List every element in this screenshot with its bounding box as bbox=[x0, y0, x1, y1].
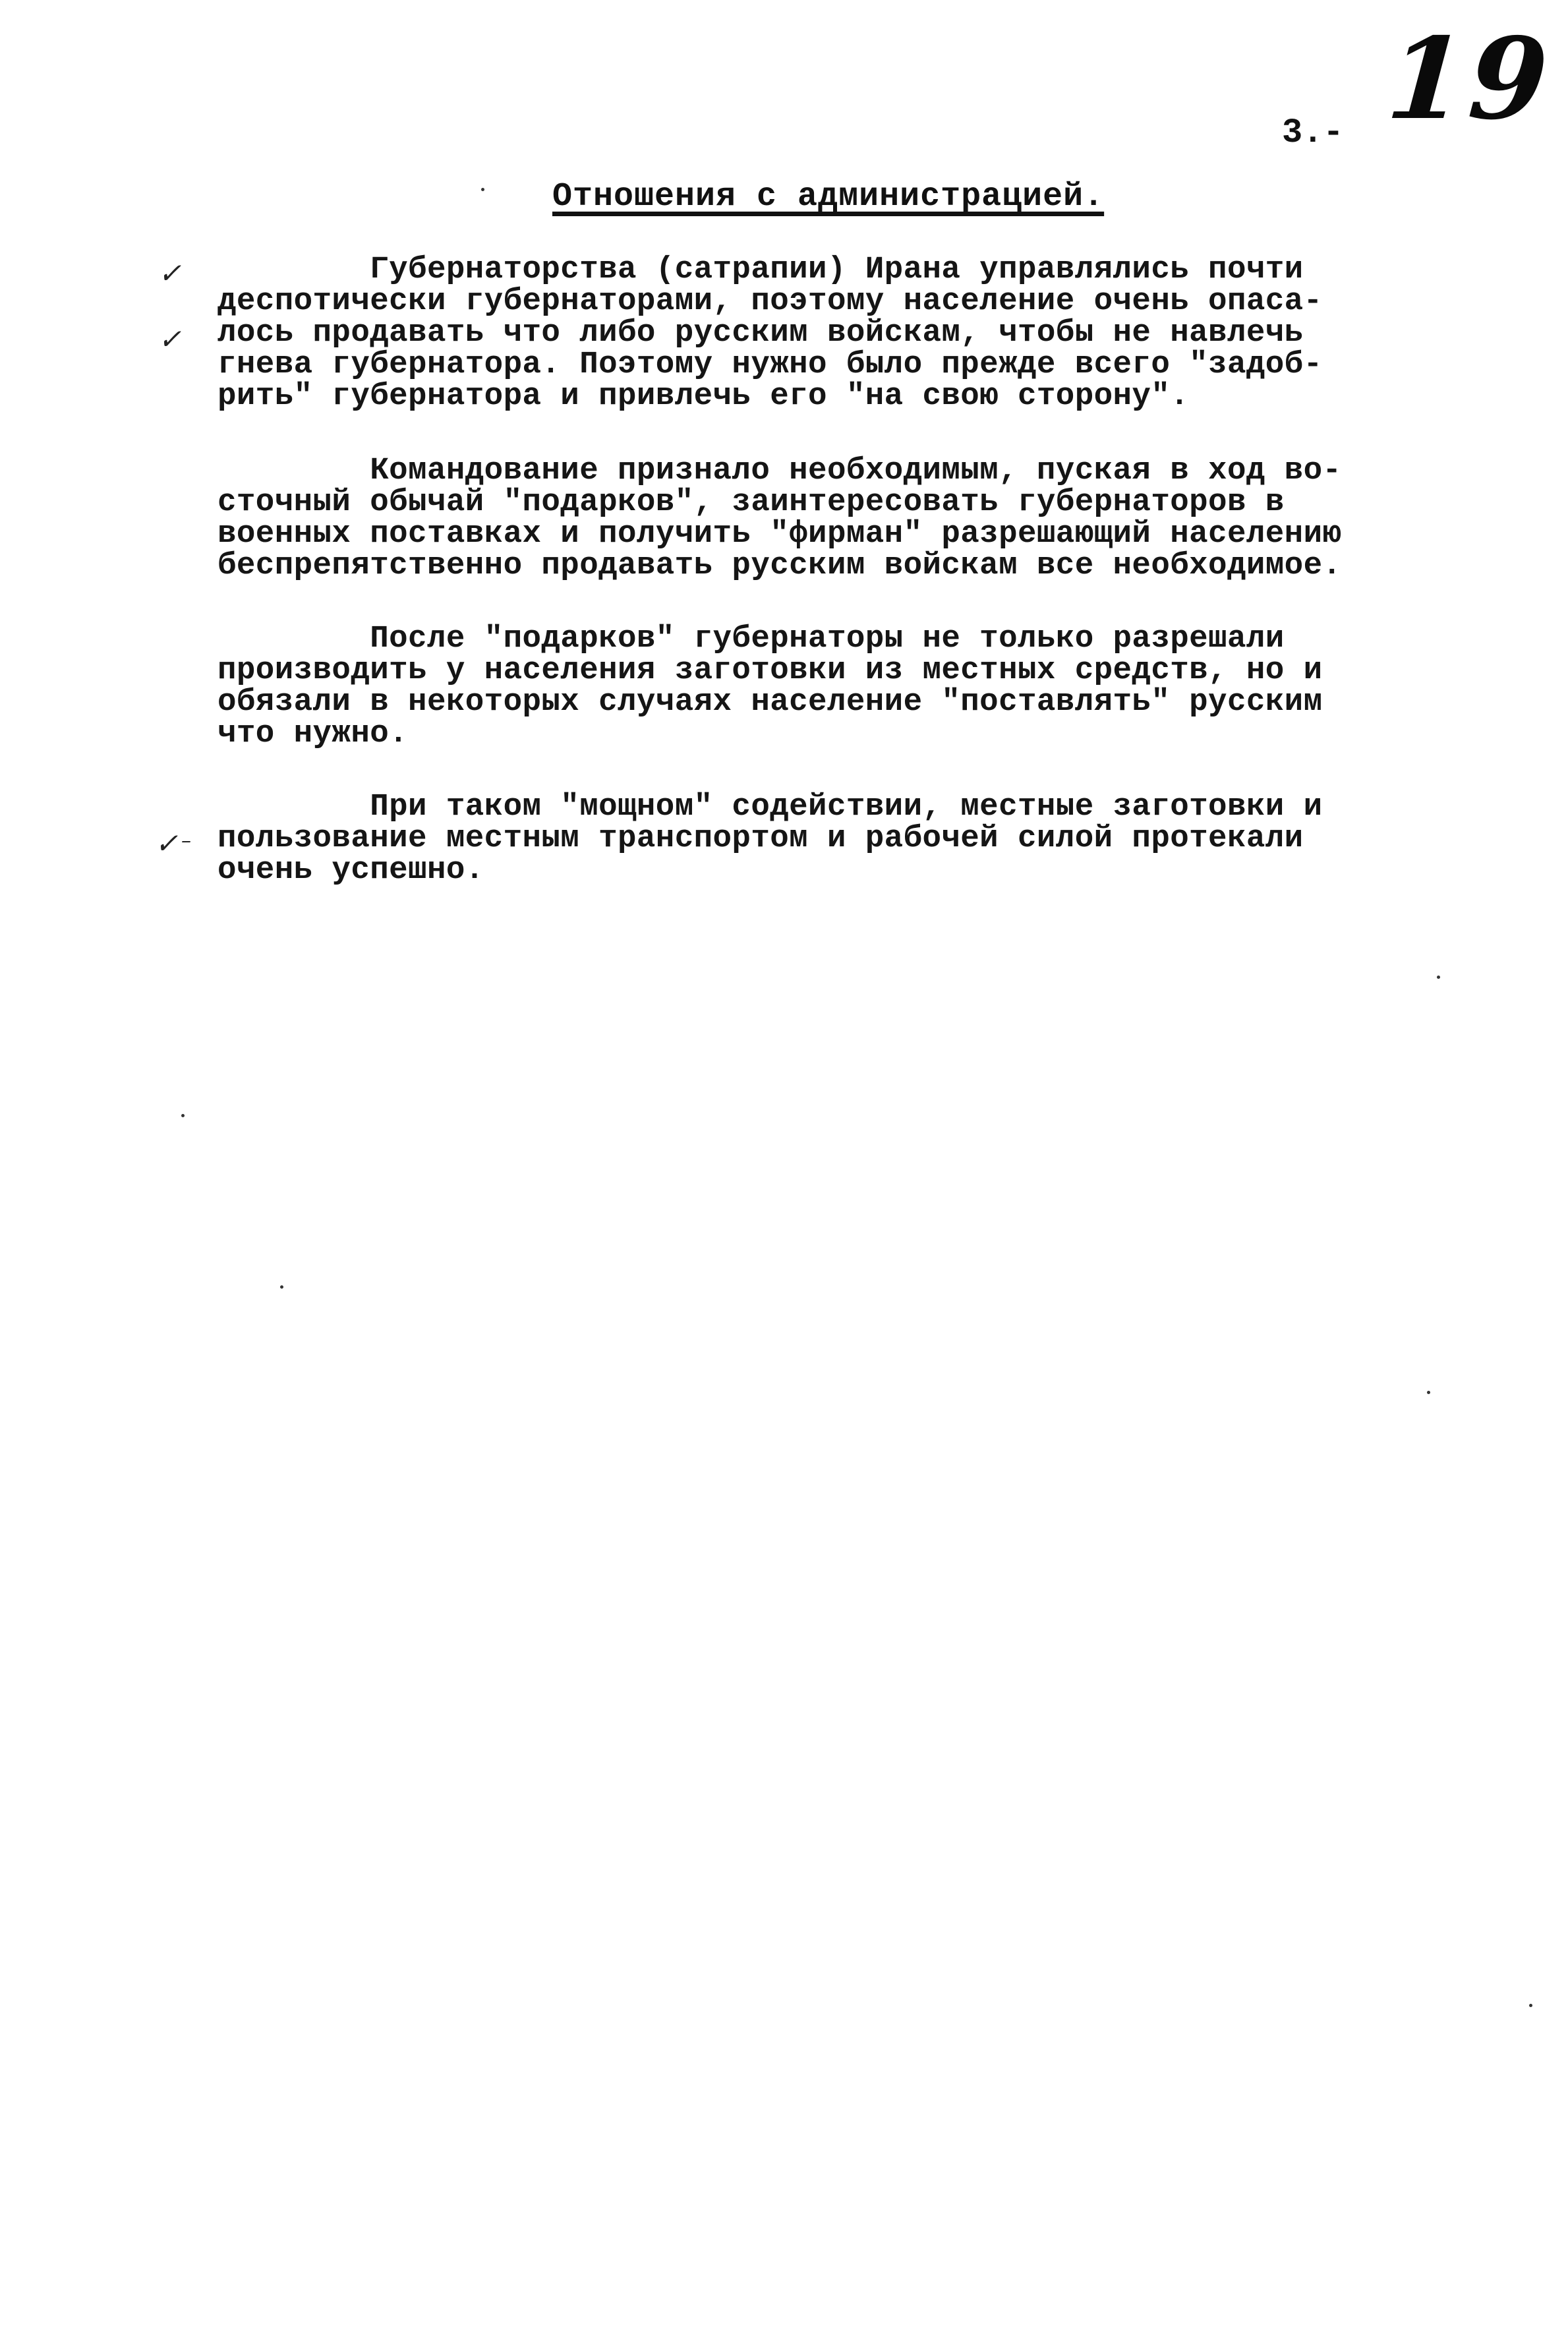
dash-mark-icon: – bbox=[181, 829, 191, 852]
scan-speck bbox=[481, 188, 484, 191]
text-line: При таком "мощном" содействии, местные з… bbox=[218, 791, 1529, 823]
text-line: сточный обычай "подарков", заинтересоват… bbox=[218, 486, 1529, 518]
handwritten-page-number: 19 bbox=[1383, 13, 1556, 145]
text-line: военных поставках и получить "фирман" ра… bbox=[218, 518, 1529, 550]
text-line: лось продавать что либо русским войскам,… bbox=[218, 317, 1529, 349]
typed-page-number: 3.- bbox=[1282, 113, 1344, 152]
text-line: что нужно. bbox=[218, 718, 1529, 749]
text-line: пользование местным транспортом и рабоче… bbox=[218, 823, 1529, 854]
text-line: очень успешно. bbox=[218, 854, 1529, 886]
check-mark-icon: ✓ bbox=[158, 323, 181, 355]
text-line: беспрепятственно продавать русским войск… bbox=[218, 550, 1529, 581]
scan-speck bbox=[280, 1285, 283, 1289]
check-mark-icon: ✓ bbox=[155, 827, 178, 860]
text-line: Губернаторства (сатрапии) Ирана управлял… bbox=[218, 254, 1529, 285]
paragraph-after-gifts: После "подарков" губернаторы не только р… bbox=[218, 623, 1529, 749]
document-page: 19 3.- Отношения с администрацией. ✓ ✓ ✓… bbox=[0, 0, 1568, 2338]
text-line: После "подарков" губернаторы не только р… bbox=[218, 623, 1529, 655]
section-heading: Отношения с администрацией. bbox=[552, 178, 1104, 216]
check-mark-icon: ✓ bbox=[158, 257, 181, 289]
text-line: обязали в некоторых случаях население "п… bbox=[218, 686, 1529, 718]
text-line: рить" губернатора и привлечь его "на сво… bbox=[218, 380, 1529, 412]
text-line: производить у населения заготовки из мес… bbox=[218, 655, 1529, 686]
scan-speck bbox=[1427, 1391, 1430, 1394]
paragraph-command: Командование признало необходимым, пуска… bbox=[218, 455, 1529, 581]
paragraph-assistance: При таком "мощном" содействии, местные з… bbox=[218, 791, 1529, 886]
scan-speck bbox=[181, 1114, 185, 1117]
scan-speck bbox=[1529, 2004, 1532, 2007]
text-line: деспотически губернаторами, поэтому насе… bbox=[218, 285, 1529, 317]
text-line: гнева губернатора. Поэтому нужно было пр… bbox=[218, 349, 1529, 380]
text-line: Командование признало необходимым, пуска… bbox=[218, 455, 1529, 486]
paragraph-governors: Губернаторства (сатрапии) Ирана управлял… bbox=[218, 254, 1529, 412]
scan-speck bbox=[1437, 976, 1440, 979]
